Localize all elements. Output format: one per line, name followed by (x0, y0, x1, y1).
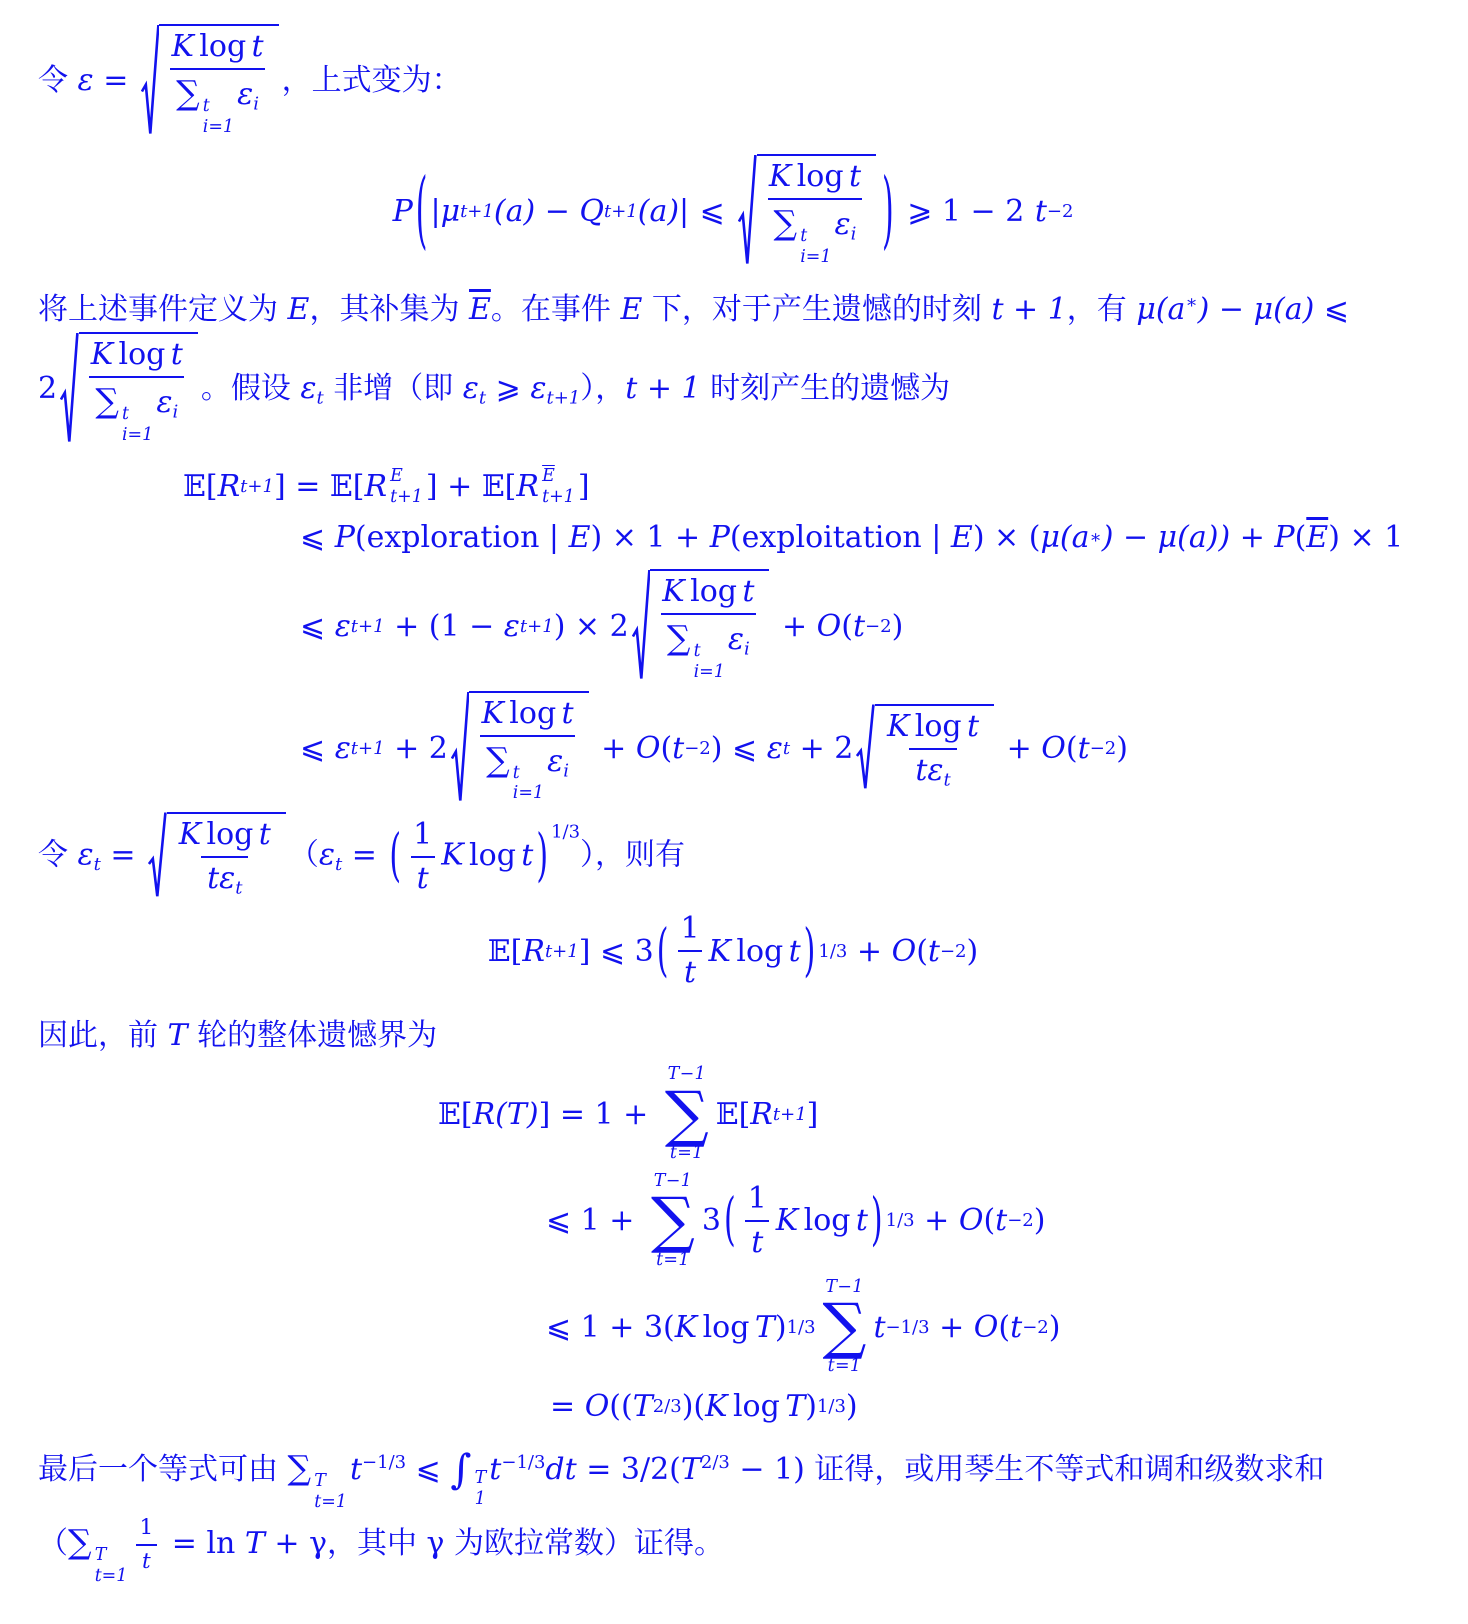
sqrt-radical-icon (141, 24, 160, 140)
math-token: t+1 (351, 738, 385, 759)
math-token: i (744, 638, 750, 659)
equation-line: 𝔼[Rt+1] = 𝔼[REt+1] + 𝔼[REt+1] (183, 466, 1428, 508)
math-token: 1 (475, 1489, 486, 1510)
math-token: t+1 (546, 388, 580, 409)
sum-lower-limit: t=1 (828, 1358, 862, 1375)
sqrt-expression: Klogt∑ti=1εi (738, 154, 876, 270)
math-token: 1/3 (818, 941, 847, 962)
math-token: t (411, 856, 435, 897)
sqrt-expression: Klogt∑ti=1εi (141, 24, 279, 140)
math-token: ε (335, 731, 351, 766)
math-token: (a) − Q (494, 194, 604, 229)
sum-symbol: ∑ (667, 618, 691, 657)
math-token: 1 (742, 1181, 773, 1220)
math-token: t (745, 1220, 769, 1261)
sum-limits: Tt=1 (314, 1471, 347, 1513)
math-token: −2 (684, 738, 711, 759)
math-token: ε (319, 838, 335, 873)
math-token: ] (578, 469, 590, 504)
math-token: = (550, 1389, 585, 1424)
math-token: t (259, 817, 271, 852)
math-token: t (136, 1544, 157, 1575)
big-paren-left: ( (389, 814, 401, 900)
math-token: ] + 𝔼[ (426, 469, 516, 504)
supsub: Et+1 (542, 466, 575, 508)
math-token: ) (711, 731, 723, 766)
leq-symbol: ⩽ (700, 194, 725, 229)
text: 下，对于产生遗憾的时刻 (642, 292, 991, 327)
math-token: i=1 (694, 662, 725, 683)
math-token: 1/3 (886, 1210, 915, 1231)
sqrt-expression: Klogttεt (856, 704, 994, 793)
math-token: t (856, 1203, 868, 1238)
math-token: t (562, 696, 574, 731)
math-token: ) × 1 + (590, 520, 709, 555)
math-token: E (469, 292, 491, 327)
leq-symbol: ⩽ (300, 609, 335, 644)
math-token: i=1 (122, 425, 153, 446)
math-token: E (620, 292, 642, 327)
math-token: = (101, 838, 145, 873)
math-token: ] ⩽ 3 (579, 934, 654, 969)
math-token: T (475, 1468, 487, 1489)
text: 因此，前 (38, 1018, 168, 1053)
math-token: 1/3 (787, 1317, 816, 1338)
math-token: K (709, 934, 731, 969)
math-token: ε (78, 838, 94, 873)
math-token: t (928, 934, 940, 969)
math-token: t (316, 388, 323, 409)
math-token: ε (547, 744, 563, 779)
math-token: + 2 (385, 731, 448, 766)
math-token: O (1041, 731, 1066, 766)
math-token: E (288, 292, 310, 327)
math-token: t+1 (520, 616, 554, 637)
math-token: t (783, 738, 790, 759)
fraction: Klogt∑ti=1εi (763, 159, 867, 268)
text: 轮的整体遗憾界为 (188, 1018, 438, 1053)
math-token: t (203, 96, 210, 117)
fraction: Klogttεt (881, 709, 985, 791)
math-token: −2 (940, 941, 967, 962)
sum-symbol: ∑ (774, 203, 798, 242)
leq-symbol: ⩽ 1 + 3( (546, 1310, 675, 1345)
event-paragraph: 将上述事件定义为 E，其补集为 E。在事件 E 下，对于产生遗憾的时刻 t + … (38, 287, 1428, 448)
math-token: + (1 − (385, 609, 504, 644)
math-token: t+1 (351, 616, 385, 637)
math-token: P (710, 520, 730, 555)
math-token: tε (915, 753, 943, 788)
math-token: t+1 (390, 487, 423, 508)
big-paren-right: ) (804, 918, 816, 985)
fraction: Klogt∑ti=1εi (656, 574, 760, 683)
regret-derivation-block: 𝔼[Rt+1] = 𝔼[REt+1] + 𝔼[REt+1] ⩽ P(explor… (183, 466, 1428, 806)
math-token: O (585, 1389, 610, 1424)
math-token: R (218, 469, 241, 504)
math-token: t (1010, 1310, 1022, 1345)
math-token: T (633, 1389, 653, 1424)
math-token: R (516, 469, 539, 504)
math-token: + (592, 731, 636, 766)
sum-symbol: ∑ (665, 1084, 709, 1146)
math-token: t=1 (95, 1566, 128, 1587)
intro-line: 令 ε = Klogt∑ti=1εi，上式变为： (38, 24, 1428, 140)
sum-limits: ti=1 (122, 404, 153, 446)
math-token: t+1 (542, 487, 575, 508)
math-token: ) (846, 1389, 858, 1424)
math-token: K (776, 1203, 798, 1238)
sum-limits: ti=1 (203, 96, 234, 138)
math-token: R (522, 934, 545, 969)
math-token: t (873, 1310, 885, 1345)
leq-symbol: ⩽ (722, 731, 766, 766)
sum-symbol: ∑ (486, 740, 510, 779)
fraction: Klogt∑ti=1εi (165, 29, 269, 138)
math-token: t (678, 950, 702, 991)
equation-line: ⩽ 1 + T−1∑t=13(1tKlogt)1/3 + O(t−2) (546, 1173, 1428, 1269)
sqrt-radical-icon (60, 332, 79, 448)
math-token: ∗ (1185, 293, 1197, 314)
math-token: + (915, 1203, 959, 1238)
supsub: Et+1 (390, 466, 423, 508)
math-token: ) (892, 609, 904, 644)
math-token: t + 1 (991, 292, 1066, 327)
math-token: ( (1066, 731, 1078, 766)
math-token: ε (504, 609, 520, 644)
text: 令 (38, 838, 78, 873)
math-token: tε (207, 861, 235, 896)
math-token: −2 (1090, 738, 1117, 759)
fraction: Klogttεt (173, 817, 277, 899)
math-token: 𝔼[ (488, 934, 523, 969)
integral-symbol: ∫ (450, 1445, 471, 1493)
math-token: i (172, 402, 178, 423)
math-token: t (350, 1452, 362, 1487)
therefore-line: 因此，前 T 轮的整体遗憾界为 (38, 1013, 1428, 1058)
math-token: t (171, 337, 183, 372)
math-token: ) (805, 1389, 817, 1424)
math-token: log (119, 337, 166, 372)
big-paren-left: ( (416, 163, 428, 261)
math-token: K (481, 696, 503, 731)
math-token: −2 (865, 616, 892, 637)
document-page: 令 ε = Klogt∑ti=1εi，上式变为： P(|μt+1(a) − Qt… (0, 0, 1468, 1617)
math-token: t=1 (314, 1492, 347, 1513)
math-token: ε (728, 622, 744, 657)
math-token: ( (983, 1203, 995, 1238)
math-token: K (662, 574, 684, 609)
math-token: + (772, 609, 816, 644)
math-token: K (675, 1310, 697, 1345)
sqrt-radical-icon (738, 154, 757, 270)
sum-symbol: ∑ (651, 1190, 695, 1252)
math-token: i=1 (513, 783, 544, 804)
fraction: 1t (133, 1515, 159, 1575)
fraction: Klogt∑ti=1εi (475, 696, 579, 805)
sqrt-radical-icon (856, 704, 875, 793)
big-paren-right: ) (882, 163, 894, 261)
math-token: ( (841, 609, 853, 644)
math-token: t (694, 641, 701, 662)
leq-symbol: ⩽ (300, 520, 335, 555)
sqrt-expression: Klogt∑ti=1εi (451, 691, 589, 807)
math-token: O (817, 609, 842, 644)
math-token: t (235, 878, 242, 899)
math-token: −2 (1007, 1210, 1034, 1231)
math-token: ( (916, 934, 928, 969)
math-token: log (207, 817, 254, 852)
math-token: 1 (133, 1515, 159, 1544)
leq-symbol: ⩽ 1 + (546, 1203, 644, 1238)
math-token: 1 (407, 817, 438, 856)
leq-symbol: ⩽ (1324, 292, 1349, 327)
math-token: ) (1034, 1203, 1046, 1238)
math-token: t (252, 29, 264, 64)
math-token: dt (545, 1452, 576, 1487)
sum-lower-limit: t=1 (656, 1252, 690, 1269)
text: （ (289, 838, 319, 873)
big-sum: T−1∑t=1 (651, 1173, 695, 1269)
equation-line: ⩽ εt+1 + (1 − εt+1) × 2Klogt∑ti=1εi + O(… (300, 569, 1428, 685)
math-token: 𝔼[ (716, 1097, 751, 1132)
math-token: t (1035, 194, 1047, 229)
math-token: exploitation (742, 520, 922, 555)
sum-limits: ti=1 (694, 641, 725, 683)
math-token: 2 (38, 371, 57, 406)
math-token: ) × 1 (1328, 520, 1403, 555)
math-token: t + 1 (625, 371, 700, 406)
math-token: ( (998, 1310, 1010, 1345)
eq-probability: P(|μt+1(a) − Qt+1(a)|⩽Klogt∑ti=1εi)⩾ 1 −… (38, 154, 1428, 270)
math-token: t (943, 769, 950, 790)
math-token: ( (660, 731, 672, 766)
math-token: ⩾ 1 − 2 (907, 194, 1024, 229)
math-token: ) × 2 (554, 609, 629, 644)
math-token: i (851, 223, 857, 244)
text: ，其补集为 (309, 292, 469, 327)
math-token: K (171, 29, 193, 64)
math-token: K (179, 817, 201, 852)
math-token: (a)| (638, 194, 689, 229)
math-token: + (847, 934, 891, 969)
equation-line: ⩽ P(exploration | E) × 1 + P(exploitatio… (300, 520, 1428, 555)
equation-line: 𝔼[R(T)] = 1 + T−1∑t=1𝔼[Rt+1] (438, 1066, 1428, 1162)
text: ，上式变为： (282, 63, 462, 98)
math-token: ( (1295, 520, 1307, 555)
math-token: log (199, 29, 246, 64)
math-token: −2 (1022, 1317, 1049, 1338)
math-token: T (245, 1526, 265, 1561)
text: ），则有 (580, 838, 685, 873)
sum-limits: Tt=1 (95, 1545, 128, 1587)
math-token: t (521, 838, 533, 873)
math-token: ε (156, 385, 172, 420)
math-token: t+1 (545, 941, 579, 962)
text: ，有 (1067, 292, 1137, 327)
math-token: t+1 (240, 476, 274, 497)
math-token: ε (300, 371, 316, 406)
math-token: ε (835, 207, 851, 242)
text: 。在事件 (491, 292, 621, 327)
math-token: ) − μ(a)) + (1102, 520, 1275, 555)
math-token: log (736, 934, 783, 969)
math-token: | (539, 520, 568, 555)
math-token: log (690, 574, 737, 609)
math-token: E (569, 520, 591, 555)
math-token: log (797, 159, 844, 194)
closing-paragraph: 最后一个等式可由 ∑Tt=1t−1/3 ⩽ ∫T1t−1/3dt = 3/2(T… (38, 1434, 1428, 1586)
math-token: t (742, 574, 754, 609)
math-token: |μ (430, 194, 460, 229)
math-token: ( (730, 520, 742, 555)
math-token: i (253, 93, 259, 114)
math-token: log (509, 696, 556, 731)
sqrt-radical-icon (148, 812, 167, 901)
math-token: K (887, 709, 909, 744)
math-token: t (995, 1203, 1007, 1238)
math-token: log (804, 1203, 851, 1238)
math-token: O (959, 1203, 984, 1238)
math-token: t (122, 404, 129, 425)
sqrt-radical-icon (632, 569, 651, 685)
math-token: | (922, 520, 951, 555)
math-token: P (1274, 520, 1294, 555)
math-token: ε (78, 63, 94, 98)
math-token: 𝔼[ (438, 1097, 473, 1132)
big-sum: T−1∑t=1 (665, 1066, 709, 1162)
math-token: K (769, 159, 791, 194)
math-token: + (930, 1310, 974, 1345)
sum-symbol: ∑ (288, 1448, 312, 1487)
geq-symbol: ⩾ (486, 371, 530, 406)
fraction: 1t (407, 817, 438, 897)
text: （ (38, 1526, 68, 1561)
math-token: 1 (674, 911, 705, 950)
text: 最后一个等式可由 (38, 1452, 288, 1487)
text: 。假设 (201, 371, 301, 406)
math-token: T (681, 1452, 701, 1487)
text: 将上述事件定义为 (38, 292, 288, 327)
math-token: −1/3 (886, 1317, 930, 1338)
math-token: ) (1049, 1310, 1061, 1345)
math-token: t (853, 609, 865, 644)
eq-single-round-bound: 𝔼[Rt+1] ⩽ 3(1tKlogt)1/3 + O(t−2) (38, 911, 1428, 991)
equation-line: ⩽ εt+1 + 2Klogt∑ti=1εi + O(t−2) ⩽ εt + 2… (300, 691, 1428, 807)
math-token: i=1 (800, 247, 831, 268)
equation-line: = O((T2/3)(KlogT)1/3) (550, 1389, 1428, 1424)
math-token: P (393, 194, 413, 229)
math-token: K (441, 838, 463, 873)
math-token: O (892, 934, 917, 969)
sum-symbol: ∑ (68, 1522, 92, 1561)
math-token: 2/3 (653, 1396, 682, 1417)
math-token: ) (775, 1310, 787, 1345)
math-token: −1/3 (501, 1453, 545, 1474)
math-token: t (489, 1452, 501, 1487)
math-token: t (513, 763, 520, 784)
math-token: t (94, 854, 101, 875)
math-token: t+1 (773, 1104, 807, 1125)
math-token: ) − μ(a) (1198, 292, 1324, 327)
math-token: μ(a (1136, 292, 1185, 327)
math-token: 3 (702, 1203, 721, 1238)
math-token: T (168, 1018, 188, 1053)
math-token: ε (335, 609, 351, 644)
math-token: 2/3 (701, 1453, 730, 1474)
let-epsilon-line: 令 εt = Klogttεt（εt = (1tKlogt)1/3），则有 (38, 812, 1428, 901)
leq-symbol: ⩽ (300, 731, 335, 766)
fraction: Klogt∑ti=1εi (85, 337, 189, 446)
fraction: 1t (742, 1181, 773, 1261)
math-token: T (755, 1310, 775, 1345)
integral-limits: T1 (475, 1468, 487, 1510)
math-token: R (750, 1097, 773, 1132)
math-token: T (314, 1471, 326, 1492)
math-token: log (469, 838, 516, 873)
math-token: −1/3 (362, 1453, 406, 1474)
math-token: ε (237, 77, 253, 112)
math-token: 𝔼[ (183, 469, 218, 504)
math-token: t (1078, 731, 1090, 766)
math-token: t (672, 731, 684, 766)
equation-line: ⩽ 1 + 3(KlogT)1/3T−1∑t=1t−1/3 + O(t−2) (546, 1279, 1428, 1375)
text: ）， (580, 371, 625, 406)
math-token: = (342, 838, 386, 873)
big-paren-left: ( (657, 918, 669, 985)
fraction: 1t (674, 911, 705, 991)
text: − 1) 证得，或用琴生不等式和调和级数求和 (730, 1452, 1325, 1487)
sqrt-expression: Klogt∑ti=1εi (632, 569, 770, 685)
math-token: ] (807, 1097, 819, 1132)
math-token: (( (609, 1389, 632, 1424)
math-token: ] = 1 + (539, 1097, 658, 1132)
math-token: E (390, 466, 403, 487)
math-token: 1/3 (551, 822, 580, 843)
math-token: T (785, 1389, 805, 1424)
text: 非增（即 (324, 371, 463, 406)
math-token: E (542, 466, 555, 487)
big-sum: T−1∑t=1 (823, 1279, 867, 1375)
math-token: = ln (162, 1526, 245, 1561)
math-token: )( (682, 1389, 705, 1424)
big-paren-right: ) (871, 1188, 883, 1255)
math-token: E (1306, 520, 1328, 555)
math-token: E (951, 520, 973, 555)
math-token: t (800, 226, 807, 247)
math-token: μ(a (1040, 520, 1089, 555)
math-token: ] = 𝔼[ (274, 469, 364, 504)
math-token: O (974, 1310, 999, 1345)
math-token: + 2 (790, 731, 853, 766)
sum-limits: ti=1 (800, 226, 831, 268)
math-token: ) × ( (973, 520, 1041, 555)
text: 令 (38, 63, 78, 98)
math-token: log (703, 1310, 750, 1345)
sum-lower-limit: t=1 (670, 1145, 704, 1162)
math-token: log (915, 709, 962, 744)
math-token: R(T) (473, 1097, 539, 1132)
math-token: 1/3 (817, 1396, 846, 1417)
math-token: ) (1116, 731, 1128, 766)
sqrt-expression: Klogt∑ti=1εi (60, 332, 198, 448)
math-token: ( (355, 520, 367, 555)
math-token: K (705, 1389, 727, 1424)
math-token: K (91, 337, 113, 372)
sqrt-radical-icon (451, 691, 470, 807)
sum-symbol: ∑ (823, 1296, 867, 1358)
text: 时刻产生的遗憾为 (701, 371, 951, 406)
math-token: ∗ (1090, 527, 1102, 548)
